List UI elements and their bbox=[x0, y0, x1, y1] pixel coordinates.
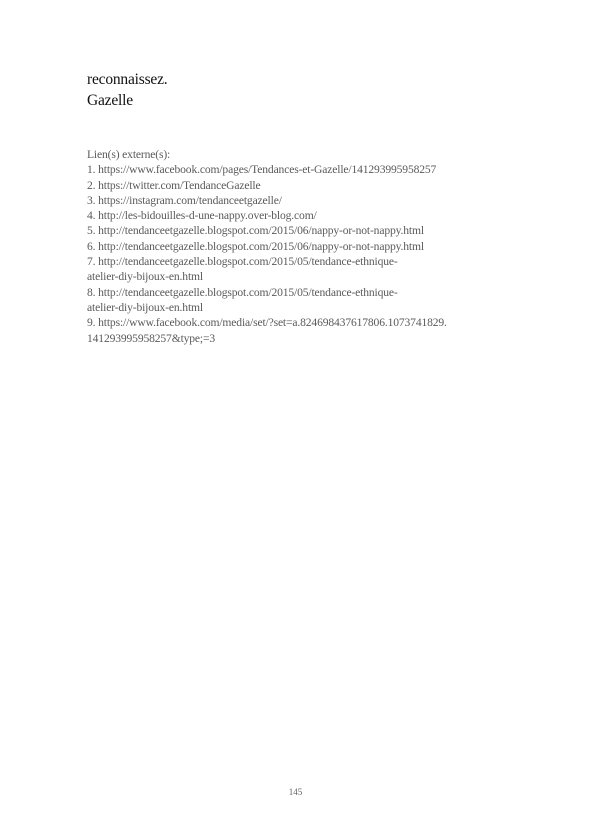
link-item[interactable]: 7. http://tendanceetgazelle.blogspot.com… bbox=[87, 254, 447, 269]
link-item[interactable]: 4. http://les-bidouilles-d-une-nappy.ove… bbox=[87, 208, 447, 223]
body-text: reconnaissez. Gazelle bbox=[87, 69, 167, 111]
link-item-continuation[interactable]: atelier-diy-bijoux-en.html bbox=[87, 300, 447, 315]
page-number: 145 bbox=[0, 787, 591, 797]
body-line: reconnaissez. bbox=[87, 69, 167, 90]
external-links-section: Lien(s) externe(s): 1. https://www.faceb… bbox=[87, 147, 447, 346]
link-item[interactable]: 2. https://twitter.com/TendanceGazelle bbox=[87, 178, 447, 193]
link-item-continuation[interactable]: atelier-diy-bijoux-en.html bbox=[87, 269, 447, 284]
document-page: reconnaissez. Gazelle Lien(s) externe(s)… bbox=[0, 0, 591, 827]
link-item[interactable]: 3. https://instagram.com/tendanceetgazel… bbox=[87, 193, 447, 208]
link-item-continuation[interactable]: 141293995958257&type;=3 bbox=[87, 331, 447, 346]
link-item[interactable]: 1. https://www.facebook.com/pages/Tendan… bbox=[87, 162, 447, 177]
link-item[interactable]: 8. http://tendanceetgazelle.blogspot.com… bbox=[87, 285, 447, 300]
author-signature: Gazelle bbox=[87, 90, 167, 111]
link-item[interactable]: 6. http://tendanceetgazelle.blogspot.com… bbox=[87, 239, 447, 254]
link-item[interactable]: 9. https://www.facebook.com/media/set/?s… bbox=[87, 315, 447, 330]
links-heading: Lien(s) externe(s): bbox=[87, 147, 447, 162]
link-item[interactable]: 5. http://tendanceetgazelle.blogspot.com… bbox=[87, 223, 447, 238]
